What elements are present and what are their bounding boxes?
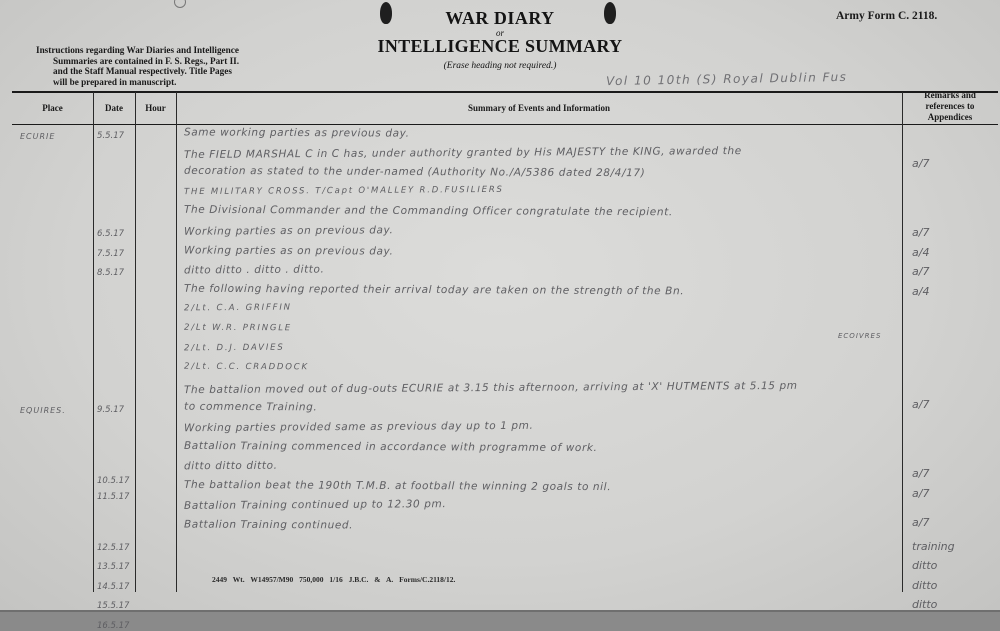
column-divider	[93, 92, 94, 592]
header-top-rule	[12, 91, 998, 93]
header-remarks-line: references to	[902, 101, 998, 112]
column-divider	[176, 92, 177, 592]
date-entry: 14.5.17	[97, 582, 129, 592]
remark-reference: a/7	[912, 487, 929, 500]
summary-entry: Working parties provided same as previou…	[184, 420, 534, 434]
volume-unit-note: Vol 10 10th (S) Royal Dublin Fus	[606, 70, 848, 88]
summary-entry: ditto ditto . ditto . ditto.	[184, 264, 325, 277]
summary-entry: The battalion beat the 190th T.M.B. at f…	[184, 479, 611, 493]
date-entry: 13.5.17	[97, 562, 129, 572]
remark-reference: a/4	[912, 246, 929, 259]
title-intelligence-summary: INTELLIGENCE SUMMARY	[360, 36, 640, 57]
summary-entry: The Divisional Commander and the Command…	[184, 204, 673, 219]
remark-reference: a/7	[912, 265, 929, 278]
header-place: Place	[12, 103, 93, 113]
date-entry: 10.5.17	[97, 476, 129, 486]
instructions-text: Instructions regarding War Diaries and I…	[36, 45, 276, 87]
war-diary-page: Instructions regarding War Diaries and I…	[0, 0, 1000, 612]
summary-entry: Same working parties as previous day.	[184, 126, 410, 139]
instructions-line: and the Staff Manual respectively. Title…	[36, 66, 276, 77]
header-summary: Summary of Events and Information	[176, 103, 902, 113]
date-entry: 5.5.17	[97, 131, 124, 141]
remark-reference: a/7	[912, 226, 929, 239]
remark-reference: ditto	[912, 598, 937, 611]
header-bottom-rule	[12, 124, 998, 125]
summary-entry: Battalion Training commenced in accordan…	[184, 440, 598, 454]
remark-reference: a/7	[912, 516, 929, 529]
summary-entry: 2/Lt. C.A. GRIFFIN	[184, 303, 292, 314]
summary-entry: 2/Lt. C.C. CRADDOCK	[184, 362, 309, 373]
summary-entry: The following having reported their arri…	[184, 282, 684, 297]
header-hour: Hour	[135, 103, 176, 113]
place-entry: ECURIE	[20, 132, 55, 141]
summary-entry: The FIELD MARSHAL C in C has, under auth…	[184, 145, 742, 161]
form-print-footer: 2449 Wt. W14957/M90 750,000 1/16 J.B.C. …	[212, 575, 455, 584]
date-entry: 7.5.17	[97, 249, 124, 259]
summary-entry: Battalion Training continued up to 12.30…	[184, 498, 446, 512]
form-title: WAR DIARY or INTELLIGENCE SUMMARY (Erase…	[360, 8, 640, 71]
date-entry: 9.5.17	[97, 405, 124, 415]
date-entry: 11.5.17	[97, 492, 129, 502]
remark-reference: training	[912, 540, 955, 553]
column-divider	[902, 92, 903, 592]
instructions-line: will be prepared in manuscript.	[36, 77, 276, 88]
summary-entry: Working parties as on previous day.	[184, 244, 394, 257]
superscript-note: ECOIVRES	[838, 332, 881, 340]
army-form-number: Army Form C. 2118.	[836, 10, 937, 22]
title-war-diary: WAR DIARY	[360, 8, 640, 29]
column-divider	[135, 92, 136, 592]
date-entry: 12.5.17	[97, 543, 129, 553]
remark-reference: a/7	[912, 467, 929, 480]
summary-entry: decoration as stated to the under-named …	[184, 165, 645, 179]
remark-reference: a/7	[912, 398, 929, 411]
summary-entry: 2/Lt. D.J. DAVIES	[184, 342, 285, 353]
title-note: (Erase heading not required.)	[360, 61, 640, 71]
summary-entry: ditto ditto ditto.	[184, 460, 278, 473]
date-entry: 15.5.17	[97, 601, 129, 611]
ring-hole-icon	[174, 0, 186, 8]
summary-entry: THE MILITARY CROSS. T/Capt O'MALLEY R.D.…	[184, 185, 504, 197]
remark-reference: ditto	[912, 559, 937, 572]
place-entry: EQUIRES.	[20, 406, 66, 415]
date-entry: 8.5.17	[97, 268, 124, 278]
instructions-line: Instructions regarding War Diaries and I…	[36, 45, 276, 56]
summary-entry: The battalion moved out of dug-outs ECUR…	[184, 380, 798, 396]
summary-entry: to commence Training.	[184, 401, 317, 414]
header-date: Date	[93, 103, 135, 113]
summary-entry: 2/Lt W.R. PRINGLE	[184, 323, 292, 334]
header-remarks: Remarks and references to Appendices	[902, 90, 998, 123]
summary-entry: Working parties as on previous day.	[184, 224, 394, 237]
header-remarks-line: Appendices	[902, 112, 998, 123]
header-remarks-line: Remarks and	[902, 90, 998, 101]
instructions-line: Summaries are contained in F. S. Regs., …	[36, 56, 276, 67]
date-entry: 6.5.17	[97, 229, 124, 239]
remark-reference: a/7	[912, 157, 929, 170]
remark-reference: ditto	[912, 579, 937, 592]
summary-entry: Battalion Training continued.	[184, 519, 353, 532]
remark-reference: a/4	[912, 285, 929, 298]
